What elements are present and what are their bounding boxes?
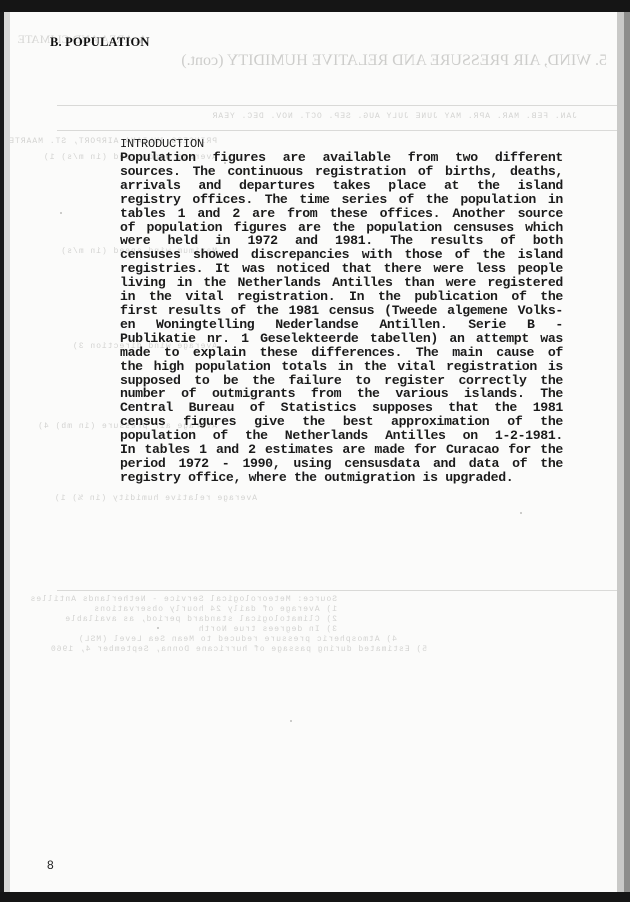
introduction-line: living in the Netherlands Antilles than … (120, 276, 563, 290)
introduction-title: INTRODUCTION (120, 137, 563, 151)
page-number: 8 (47, 858, 54, 872)
bleed-row: 2) Climatological standard period, as av… (64, 615, 337, 624)
bleed-rule (57, 590, 617, 591)
introduction-line: registry office, where the outmigration … (120, 471, 563, 485)
introduction-line: in the vital registration. In the public… (120, 290, 563, 304)
scan-border-bottom (0, 892, 630, 902)
introduction-line: census figures give the best approximati… (120, 415, 563, 429)
bleed-row: JAN. FEB. MAR. APR. MAY JUNE JULY AUG. S… (212, 112, 577, 121)
introduction-line: population of the Netherlands Antilles o… (120, 429, 563, 443)
bleed-row: Average relative humidity (in %) 1) (54, 494, 257, 503)
introduction-line: Publikatie nr. 1 Geselekteerde tabellen)… (120, 332, 563, 346)
introduction-line: supposed to be the failure to register c… (120, 374, 563, 388)
introduction-line: the high population totals in the vital … (120, 360, 563, 374)
bleed-row: 3) In degrees true North (198, 625, 337, 634)
scan-speck (520, 512, 522, 514)
bleed-row: 5) Estimated during passage of hurricane… (50, 645, 427, 654)
introduction-line: en Woningtelling Nederlandse Antillen. S… (120, 318, 563, 332)
bleed-row: 1) Average of daily 24 hourly observatio… (93, 605, 337, 614)
bleed-row: Source: Meteorological Service - Netherl… (30, 595, 337, 604)
introduction-line: In tables 1 and 2 estimates are made for… (120, 443, 563, 457)
introduction-line: of population figures are the population… (120, 221, 563, 235)
introduction-line: Population figures are available from tw… (120, 151, 563, 165)
introduction-line: arrivals and departures takes place at t… (120, 179, 563, 193)
introduction-line: number of outmigrants from the various i… (120, 387, 563, 401)
introduction-line: made to explain these differences. The m… (120, 346, 563, 360)
introduction-line: censuses showed discrepancies with those… (120, 248, 563, 262)
introduction-line: first results of the 1981 census (Tweede… (120, 304, 563, 318)
introduction-line: registry offices. The time series of the… (120, 193, 563, 207)
introduction-line: were held in 1972 and 1981. The results … (120, 234, 563, 248)
introduction-line: period 1972 - 1990, using censusdata and… (120, 457, 563, 471)
bleed-table-title: 5. WIND, AIR PRESSURE AND RELATIVE HUMID… (181, 52, 607, 70)
document-page: A. AREA AND CLIMATE 5. WIND, AIR PRESSUR… (4, 12, 617, 892)
introduction-line: sources. The continuous registration of … (120, 165, 563, 179)
introduction-body: Population figures are available from tw… (120, 151, 563, 485)
introduction-line: registries. It was noticed that there we… (120, 262, 563, 276)
section-heading: B. POPULATION (50, 35, 150, 50)
bleed-rule (57, 130, 617, 131)
introduction-line: Central Bureau of Statistics supposes th… (120, 401, 563, 415)
scan-speck (290, 720, 292, 722)
scan-border-top (0, 0, 630, 12)
scan-speck (157, 627, 159, 629)
introduction-line: tables 1 and 2 are from these offices. A… (120, 207, 563, 221)
scan-border-right-shadow (624, 12, 630, 892)
bleed-rule (57, 105, 617, 106)
scan-speck (60, 212, 62, 214)
bleed-row: 4) Atmospheric pressure reduced to Mean … (78, 635, 397, 644)
introduction-block: INTRODUCTION Population figures are avai… (120, 137, 563, 485)
